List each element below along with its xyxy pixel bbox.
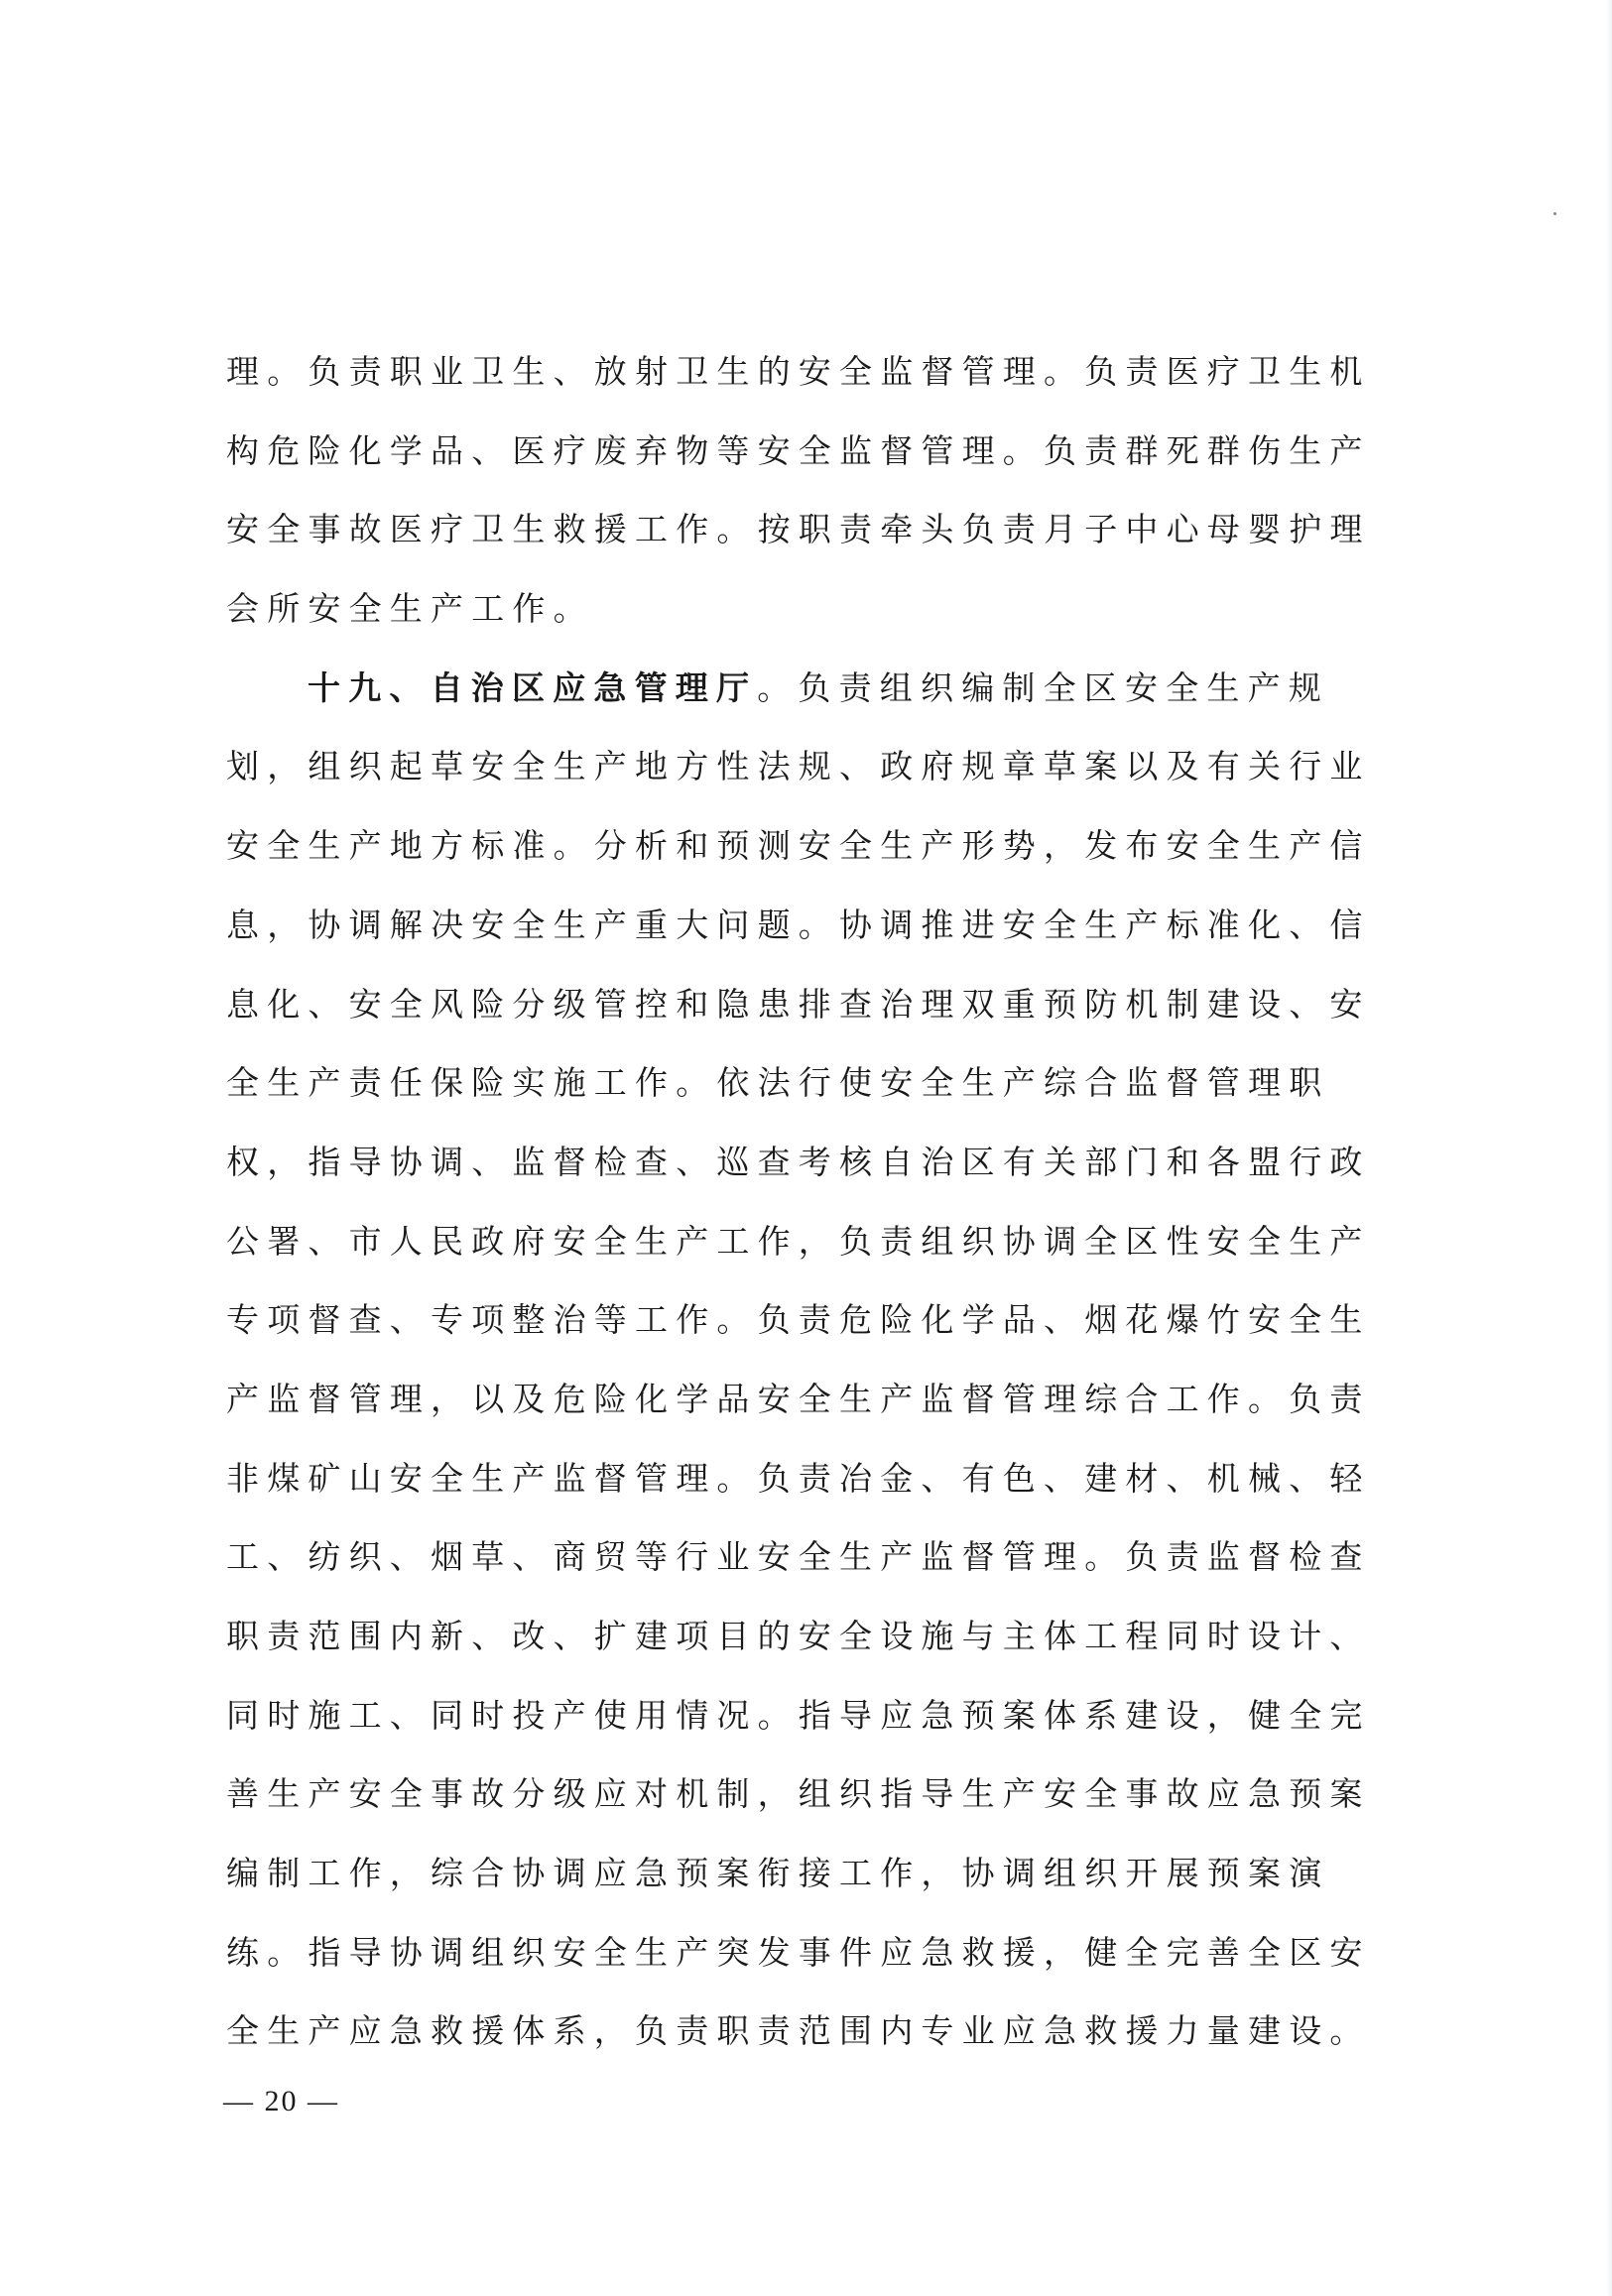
text-line: 息化、安全风险分级管控和隐患排查治理双重预防机制建设、安	[226, 965, 1387, 1044]
document-page: 理。负责职业卫生、放射卫生的安全监督管理。负责医疗卫生机 构危险化学品、医疗废弃…	[0, 0, 1612, 2296]
text-line: 安全事故医疗卫生救援工作。按职责牵头负责月子中心母婴护理	[226, 490, 1387, 569]
text-line: 同时施工、同时投产使用情况。指导应急预案体系建设，健全完	[226, 1676, 1387, 1755]
text-line: 权，指导协调、监督检查、巡查考核自治区有关部门和各盟行政	[226, 1123, 1387, 1202]
page-number: — 20 —	[223, 2085, 339, 2118]
text-line: 练。指导协调组织安全生产突发事件应急救援，健全完善全区安	[226, 1913, 1387, 1993]
body-text: 理。负责职业卫生、放射卫生的安全监督管理。负责医疗卫生机 构危险化学品、医疗废弃…	[226, 332, 1387, 2071]
text-line: 职责范围内新、改、扩建项目的安全设施与主体工程同时设计、	[226, 1597, 1387, 1676]
section-heading: 十九、自治区应急管理厅	[308, 668, 757, 707]
text-line: 会所安全生产工作。	[226, 569, 1387, 649]
text-line: 构危险化学品、医疗废弃物等安全监督管理。负责群死群伤生产	[226, 412, 1387, 491]
text-line: 编制工作，综合协调应急预案衔接工作，协调组织开展预案演	[226, 1834, 1387, 1913]
text-line: 安全生产地方标准。分析和预测安全生产形势，发布安全生产信	[226, 806, 1387, 886]
text-line: 工、纺织、烟草、商贸等行业安全生产监督管理。负责监督检查	[226, 1517, 1387, 1597]
text-line: 息，协调解决安全生产重大问题。协调推进安全生产标准化、信	[226, 886, 1387, 965]
scan-edge	[1606, 0, 1612, 2296]
section-19-first-line: 十九、自治区应急管理厅。负责组织编制全区安全生产规	[226, 649, 1387, 728]
text-line: 公署、市人民政府安全生产工作，负责组织协调全区性安全生产	[226, 1202, 1387, 1281]
text-line: 划，组织起草安全生产地方性法规、政府规章草案以及有关行业	[226, 727, 1387, 806]
text-line: 非煤矿山安全生产监督管理。负责冶金、有色、建材、机械、轻	[226, 1439, 1387, 1518]
text-line: 理。负责职业卫生、放射卫生的安全监督管理。负责医疗卫生机	[226, 332, 1387, 412]
text-line: 专项督查、专项整治等工作。负责危险化学品、烟花爆竹安全生	[226, 1280, 1387, 1360]
text-line: 全生产应急救援体系，负责职责范围内专业应急救援力量建设。	[226, 1992, 1387, 2071]
text-line: 善生产安全事故分级应对机制，组织指导生产安全事故应急预案	[226, 1754, 1387, 1834]
scan-speck	[1553, 212, 1556, 215]
text-line: 全生产责任保险实施工作。依法行使安全生产综合监督管理职	[226, 1043, 1387, 1123]
text-line: 产监督管理，以及危险化学品安全生产监督管理综合工作。负责	[226, 1360, 1387, 1439]
section-text: 。负责组织编制全区安全生产规	[757, 668, 1329, 707]
